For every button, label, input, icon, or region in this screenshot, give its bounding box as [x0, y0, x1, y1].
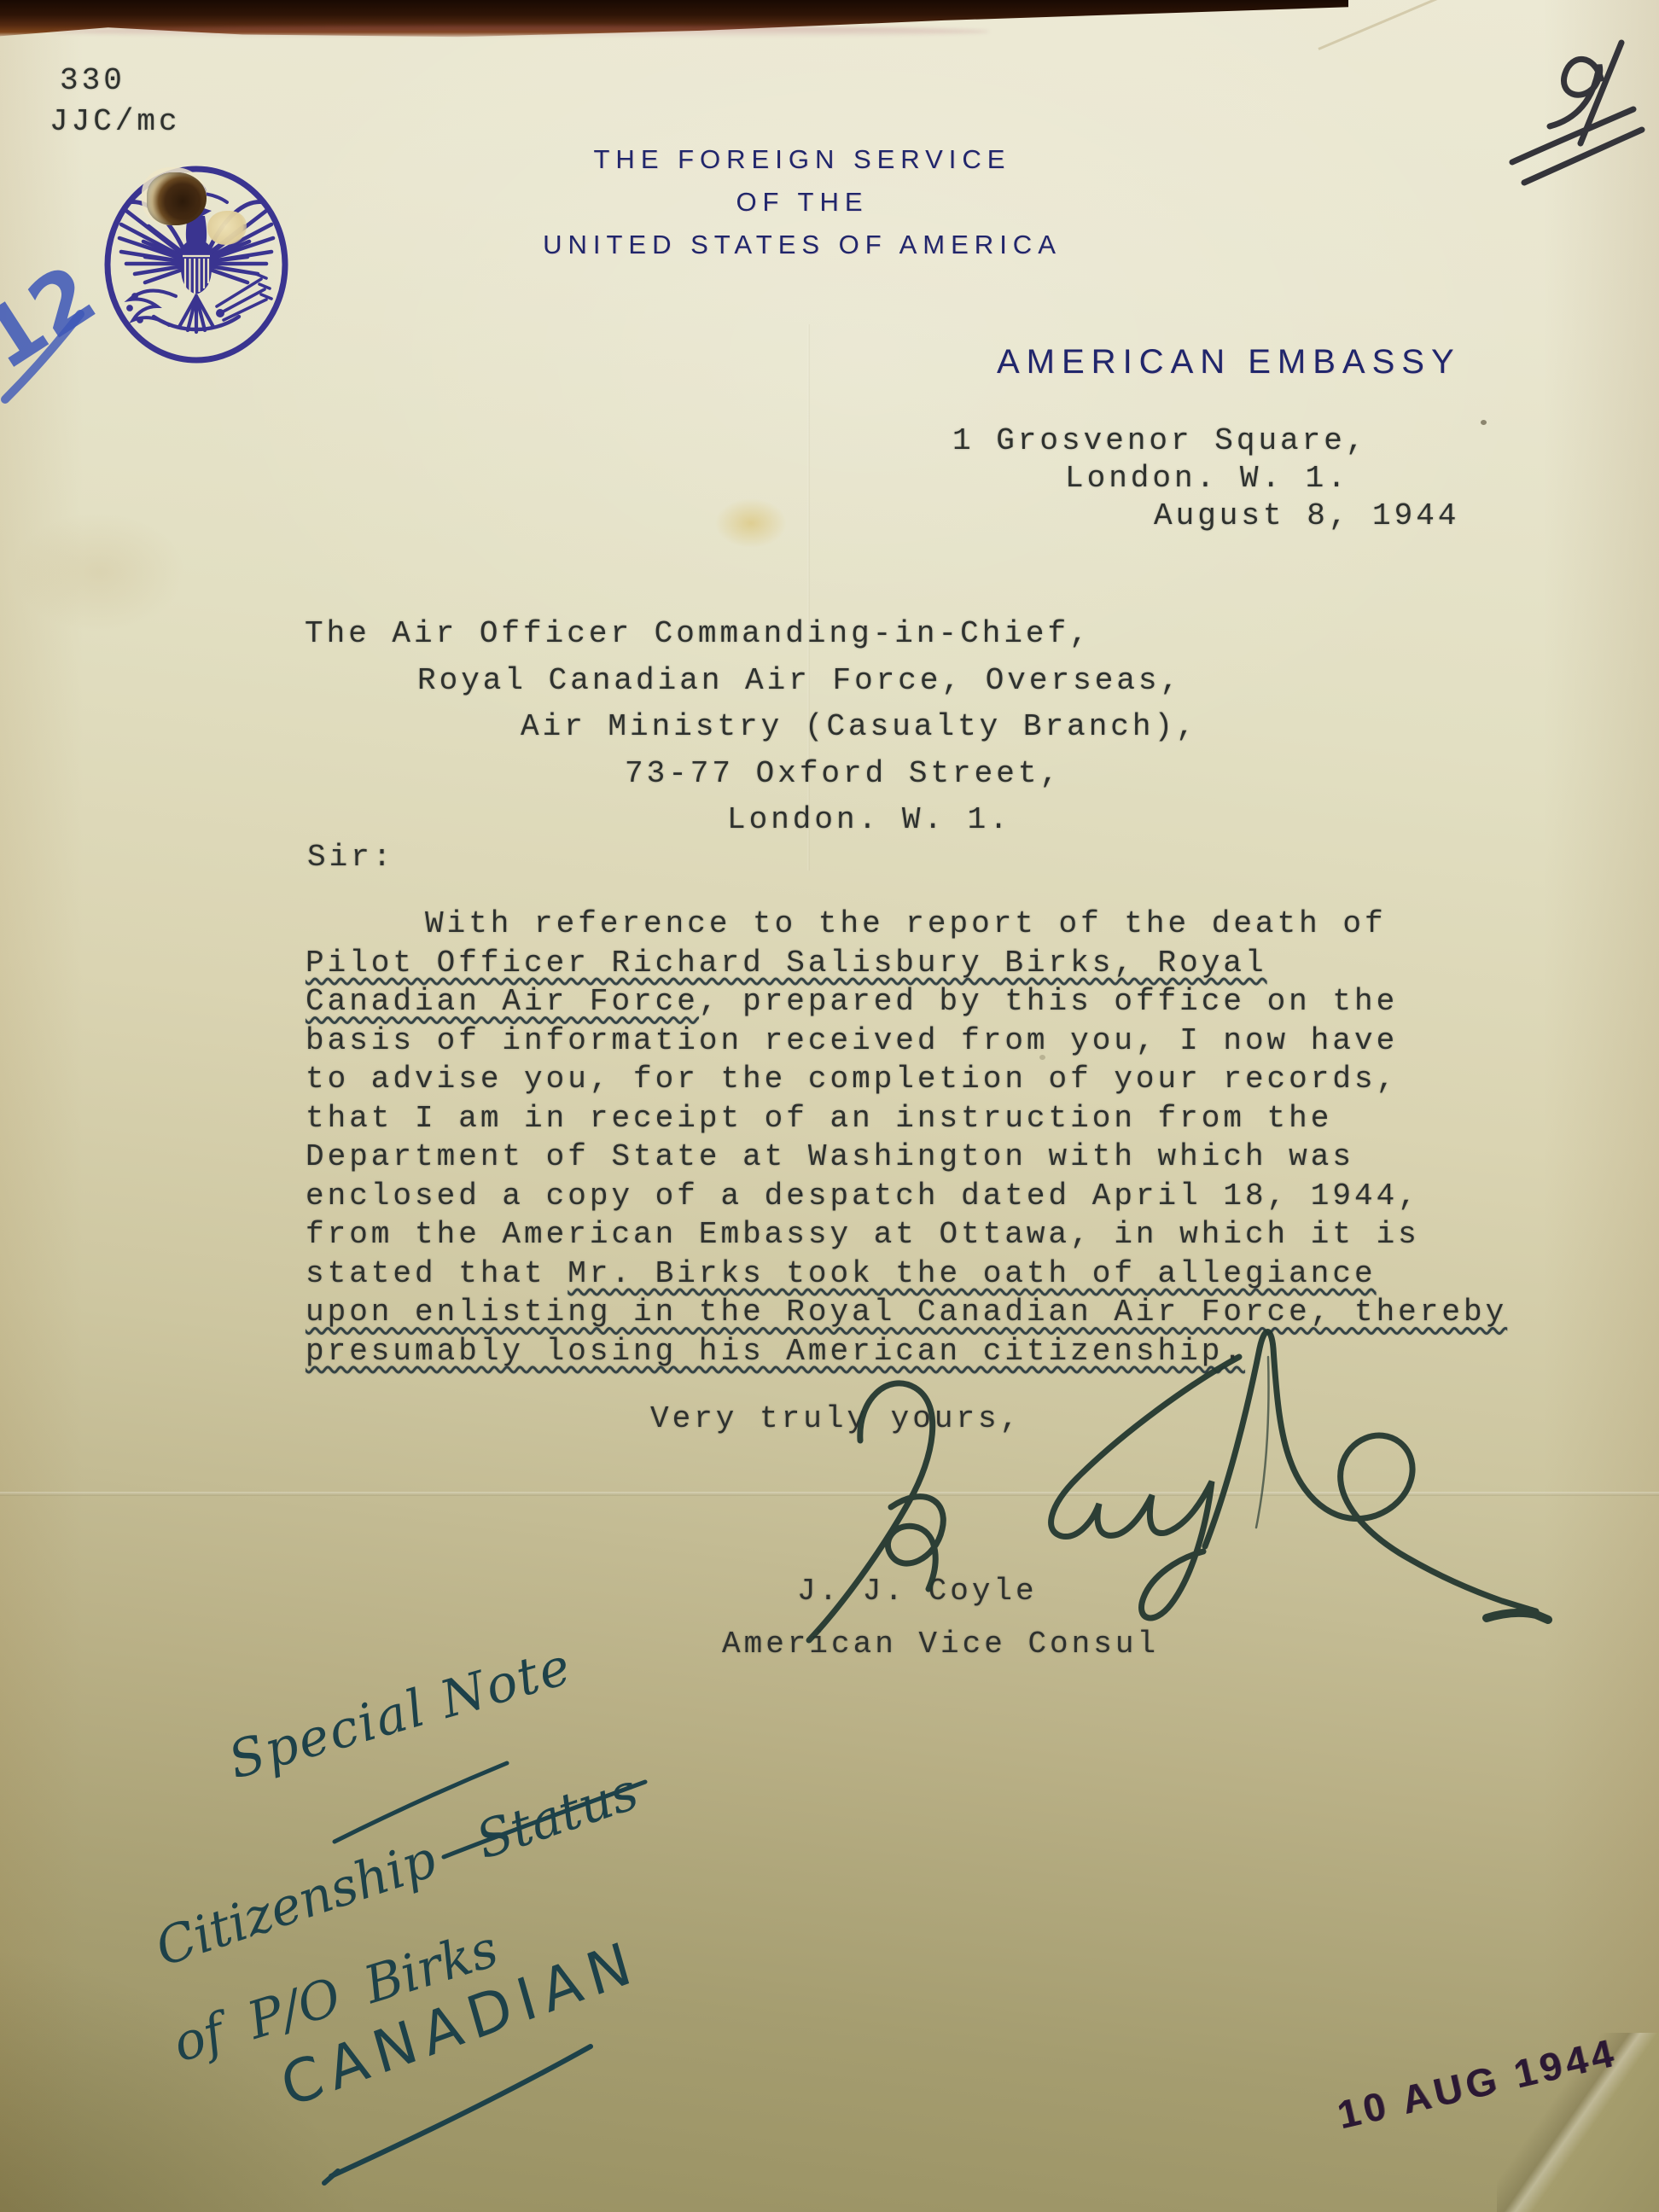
office-name: AMERICAN EMBASSY: [997, 343, 1461, 381]
recipient-address-line: Royal Canadian Air Force, Overseas,: [417, 658, 1198, 705]
annotation-special-note: Special Note: [222, 1636, 578, 1790]
body-line: presumably losing his American citizensh…: [306, 1332, 1507, 1371]
paper-crease-corner: [1318, 0, 1659, 50]
body-line: basis of information received from you, …: [306, 1022, 1507, 1061]
blue-pencil-number: 12: [0, 247, 112, 389]
body-text: , prepared by this office on the: [699, 984, 1398, 1019]
recipient-address-block: The Air Officer Commanding-in-Chief,Roya…: [305, 611, 1198, 844]
underlined-text: upon enlisting in the Royal Canadian Air…: [306, 1295, 1507, 1330]
sender-address-line1: 1 Grosvenor Square,: [952, 422, 1367, 460]
recipient-address-line: London. W. 1.: [727, 797, 1198, 844]
underlined-text: Pilot Officer Richard Salisbury Birks, R…: [306, 946, 1267, 981]
recipient-address-line: The Air Officer Commanding-in-Chief,: [305, 611, 1198, 658]
body-line: stated that Mr. Birks took the oath of a…: [306, 1254, 1507, 1294]
body-text: basis of information received from you, …: [306, 1023, 1398, 1058]
punch-hole: [147, 172, 207, 225]
top-right-initials-scribble: [1512, 43, 1642, 183]
body-text: from the American Embassy at Ottawa, in …: [306, 1217, 1420, 1252]
clerk-initials: JJC/mc: [49, 102, 181, 142]
recipient-address-line: Air Ministry (Casualty Branch),: [521, 704, 1198, 751]
signer-typed-title: American Vice Consul: [722, 1625, 1159, 1663]
body-text: With reference to the report of the deat…: [425, 906, 1387, 941]
body-line: Pilot Officer Richard Salisbury Birks, R…: [306, 944, 1507, 983]
body-text: Department of State at Washington with w…: [306, 1139, 1354, 1174]
recipient-address-line: 73-77 Oxford Street,: [625, 751, 1198, 798]
body-line: With reference to the report of the deat…: [306, 905, 1507, 944]
body-line: Canadian Air Force, prepared by this off…: [306, 982, 1507, 1022]
paper-speck: [1481, 420, 1487, 425]
photo-edge-fringe: [51, 26, 990, 38]
body-line: upon enlisting in the Royal Canadian Air…: [306, 1293, 1507, 1332]
body-text: stated that: [306, 1256, 568, 1291]
letterhead: THE FOREIGN SERVICE OF THE UNITED STATES…: [290, 138, 1314, 266]
body-text: that I am in receipt of an instruction f…: [306, 1101, 1332, 1136]
paper-stain: [715, 498, 787, 548]
body-line: enclosed a copy of a despatch dated Apri…: [306, 1177, 1507, 1216]
letter-date: August 8, 1944: [1154, 497, 1459, 535]
body-line: Department of State at Washington with w…: [306, 1138, 1507, 1177]
file-number: 330: [60, 61, 125, 101]
body-text: to advise you, for the completion of you…: [306, 1062, 1398, 1097]
letter-body: With reference to the report of the deat…: [306, 905, 1507, 1371]
valediction: Very truly yours,: [650, 1400, 1022, 1438]
paper-smudge: [14, 512, 184, 632]
sender-address-line2: London. W. 1.: [1065, 459, 1349, 498]
scanned-letter-page: 330 JJC/mc: [0, 0, 1659, 2212]
body-line: to advise you, for the completion of you…: [306, 1060, 1507, 1099]
signer-typed-name: J. J. Coyle: [797, 1572, 1038, 1610]
underlined-text: Canadian Air Force: [306, 984, 699, 1019]
letterhead-line1: THE FOREIGN SERVICE: [290, 138, 1314, 181]
body-line: that I am in receipt of an instruction f…: [306, 1099, 1507, 1138]
paper-crease-horizontal: [0, 1492, 1659, 1496]
underlined-text: Mr. Birks took the oath of allegiance: [568, 1256, 1376, 1291]
body-text: enclosed a copy of a despatch dated Apri…: [306, 1179, 1420, 1214]
letterhead-line2: OF THE: [290, 181, 1314, 224]
body-line: from the American Embassy at Ottawa, in …: [306, 1215, 1507, 1254]
underlined-text: presumably losing his American citizensh…: [306, 1334, 1245, 1369]
letterhead-line3: UNITED STATES OF AMERICA: [290, 224, 1314, 266]
salutation: Sir:: [307, 838, 394, 876]
